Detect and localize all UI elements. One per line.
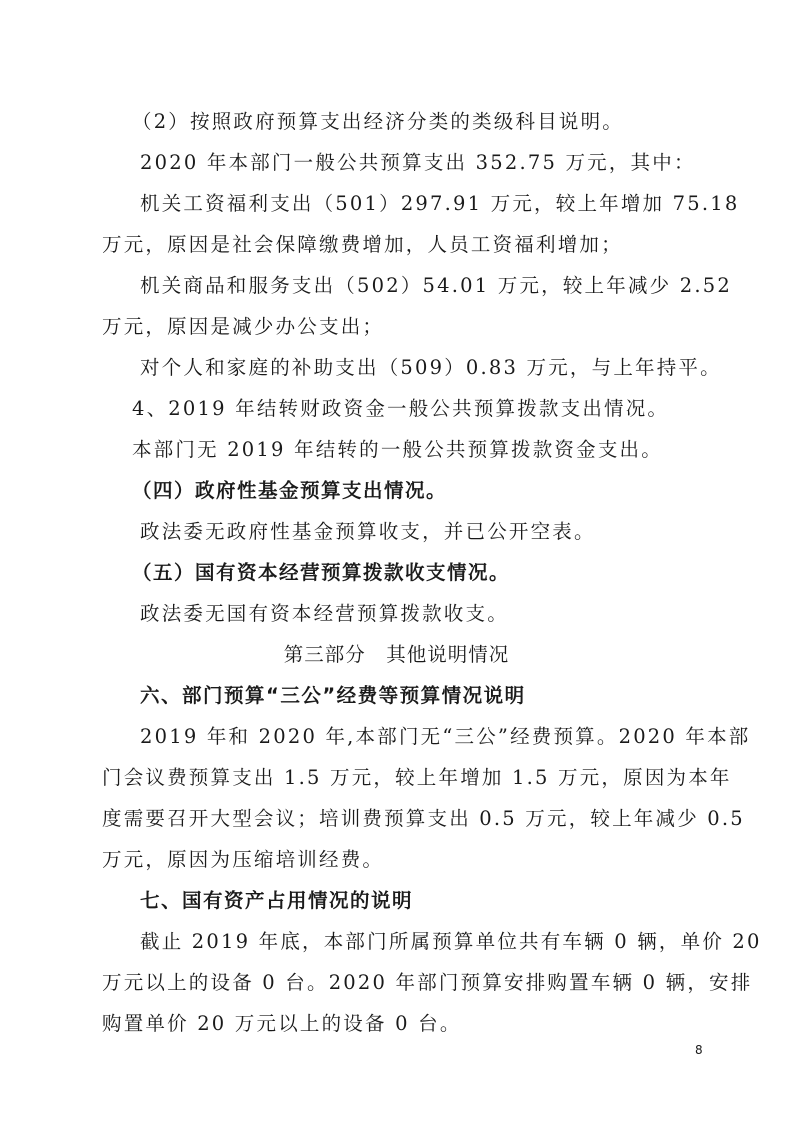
paragraph-line: 门会议费预算支出 1.5 万元，较上年增加 1.5 万元，原因为本年	[102, 765, 702, 791]
section-heading: （五）国有资本经营预算拨款收支情况。	[132, 560, 732, 586]
paragraph-line: 万元，原因是社会保障缴费增加，人员工资福利增加；	[102, 232, 702, 258]
paragraph-line: 截止 2019 年底，本部门所属预算单位共有车辆 0 辆，单价 20	[140, 929, 740, 955]
paragraph-line: 2019 年和 2020 年,本部门无“三公”经费预算。2020 年本部	[140, 724, 740, 750]
section-heading: 七、国有资产占用情况的说明	[140, 888, 740, 914]
paragraph-line: 政法委无政府性基金预算收支，并已公开空表。	[140, 519, 740, 545]
paragraph-line: （2）按照政府预算支出经济分类的类级科目说明。	[132, 109, 732, 135]
paragraph-line: 万元，原因是减少办公支出；	[102, 314, 702, 340]
paragraph-line: 政法委无国有资本经营预算拨款收支。	[140, 601, 740, 627]
paragraph-line: 购置单价 20 万元以上的设备 0 台。	[102, 1011, 702, 1037]
part-title: 第三部分 其他说明情况	[0, 642, 793, 668]
paragraph-line: 万元以上的设备 0 台。2020 年部门预算安排购置车辆 0 辆，安排	[102, 970, 702, 996]
paragraph-line: 4、2019 年结转财政资金一般公共预算拨款支出情况。	[132, 396, 732, 422]
paragraph-line: 机关商品和服务支出（502）54.01 万元，较上年减少 2.52	[140, 273, 740, 299]
section-heading: 六、部门预算“三公”经费等预算情况说明	[140, 683, 740, 709]
paragraph-line: 度需要召开大型会议；培训费预算支出 0.5 万元，较上年减少 0.5	[102, 806, 702, 832]
paragraph-line: 万元，原因为压缩培训经费。	[102, 847, 702, 873]
page-number: 8	[695, 1043, 703, 1057]
paragraph-line: 本部门无 2019 年结转的一般公共预算拨款资金支出。	[132, 437, 732, 463]
paragraph-line: 机关工资福利支出（501）297.91 万元，较上年增加 75.18	[140, 191, 740, 217]
paragraph-line: 对个人和家庭的补助支出（509）0.83 万元，与上年持平。	[140, 355, 740, 381]
document-page: （2）按照政府预算支出经济分类的类级科目说明。2020 年本部门一般公共预算支出…	[0, 0, 793, 1122]
section-heading: （四）政府性基金预算支出情况。	[132, 478, 732, 504]
paragraph-line: 2020 年本部门一般公共预算支出 352.75 万元，其中：	[140, 150, 740, 176]
